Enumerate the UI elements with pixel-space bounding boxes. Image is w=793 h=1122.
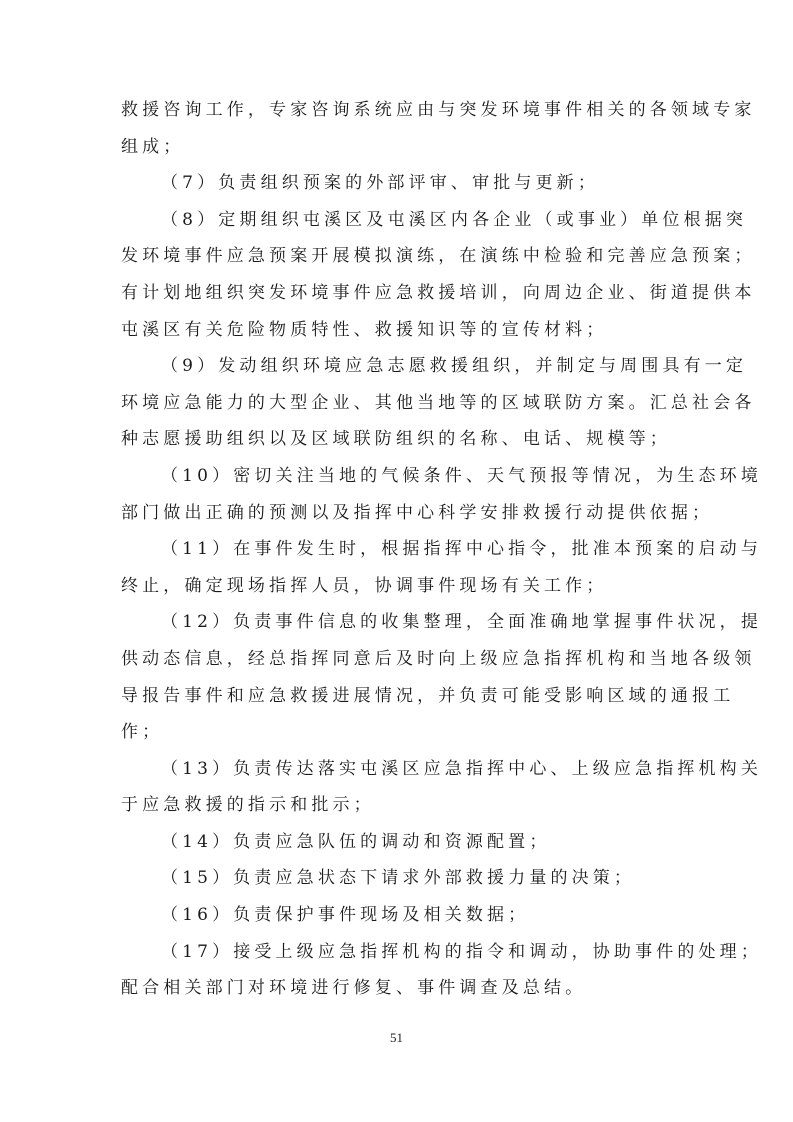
list-item-17: （17）接受上级应急指挥机构的指令和调动，协助事件的处理；	[121, 934, 674, 971]
page-number: 51	[0, 1030, 793, 1046]
text-line: 部门做出正确的预测以及指挥中心科学安排救援行动提供依据；	[121, 495, 674, 532]
list-item-8: （8）定期组织屯溪区及屯溪区内各企业（或事业）单位根据突	[121, 202, 674, 239]
document-body: 救援咨询工作，专家咨询系统应由与突发环境事件相关的各领域专家 组成； （7）负责…	[121, 92, 674, 1007]
list-item-7: （7）负责组织预案的外部评审、审批与更新；	[121, 165, 674, 202]
list-item-10: （10）密切关注当地的气候条件、天气预报等情况，为生态环境	[121, 458, 674, 495]
text-line: 屯溪区有关危险物质特性、救援知识等的宣传材料；	[121, 312, 674, 349]
list-item-12: （12）负责事件信息的收集整理，全面准确地掌握事件状况，提	[121, 604, 674, 641]
text-line: 配合相关部门对环境进行修复、事件调查及总结。	[121, 970, 674, 1007]
list-item-9: （9）发动组织环境应急志愿救援组织，并制定与周围具有一定	[121, 348, 674, 385]
text-line: 发环境事件应急预案开展模拟演练，在演练中检验和完善应急预案；	[121, 238, 674, 275]
text-line: 种志愿援助组织以及区域联防组织的名称、电话、规模等；	[121, 421, 674, 458]
text-line: 导报告事件和应急救援进展情况，并负责可能受影响区域的通报工	[121, 678, 674, 715]
list-item-14: （14）负责应急队伍的调动和资源配置；	[121, 824, 674, 861]
text-line: 环境应急能力的大型企业、其他当地等的区域联防方案。汇总社会各	[121, 385, 674, 422]
text-line: 供动态信息，经总指挥同意后及时向上级应急指挥机构和当地各级领	[121, 641, 674, 678]
list-item-11: （11）在事件发生时，根据指挥中心指令，批准本预案的启动与	[121, 531, 674, 568]
text-line: 有计划地组织突发环境事件应急救援培训，向周边企业、街道提供本	[121, 275, 674, 312]
text-line: 于应急救援的指示和批示；	[121, 787, 674, 824]
list-item-16: （16）负责保护事件现场及相关数据；	[121, 897, 674, 934]
list-item-15: （15）负责应急状态下请求外部救援力量的决策；	[121, 860, 674, 897]
text-line: 救援咨询工作，专家咨询系统应由与突发环境事件相关的各领域专家	[121, 92, 674, 129]
text-line: 作；	[121, 714, 674, 751]
list-item-13: （13）负责传达落实屯溪区应急指挥中心、上级应急指挥机构关	[121, 751, 674, 788]
text-line: 终止，确定现场指挥人员，协调事件现场有关工作；	[121, 568, 674, 605]
text-line: 组成；	[121, 129, 674, 166]
